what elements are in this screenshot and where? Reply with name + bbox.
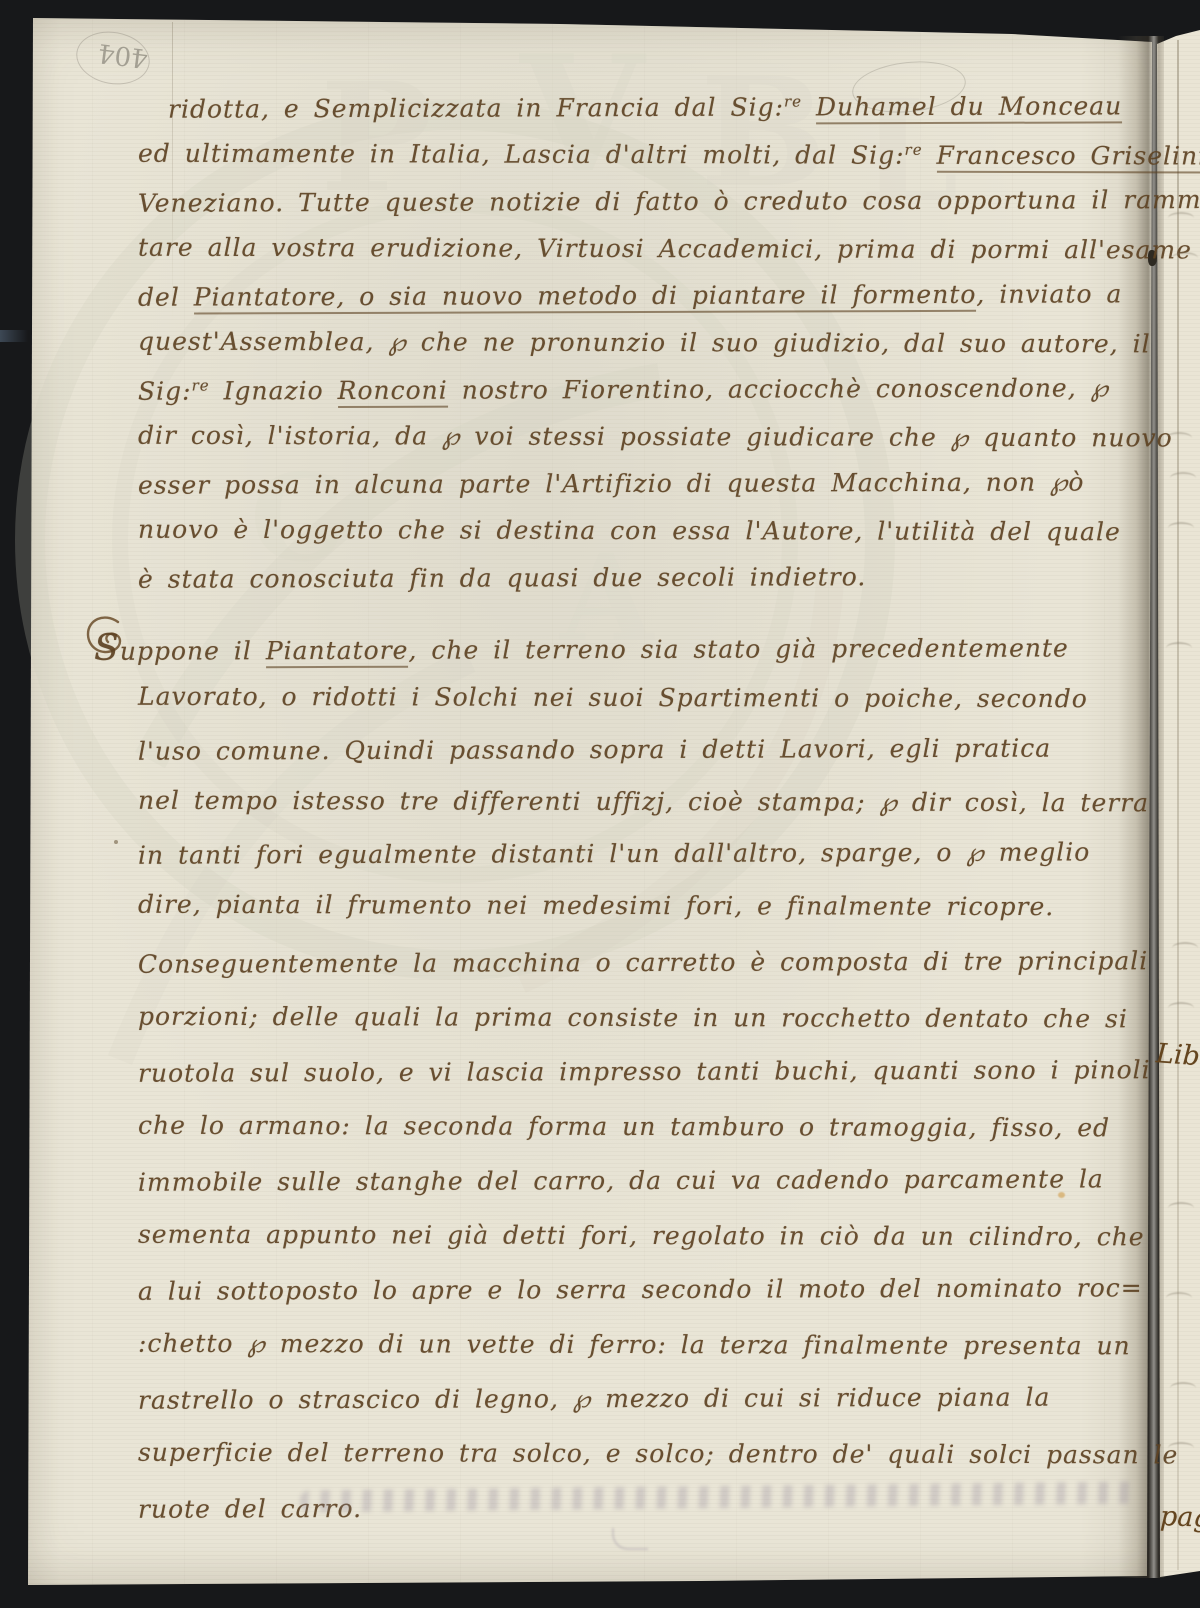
superscript-abbreviation: re — [192, 376, 210, 394]
superscript-abbreviation: re — [784, 92, 802, 110]
show-through-mark — [1166, 1292, 1192, 1304]
text-segment: porzioni; delle quali la prima consiste … — [138, 1001, 1128, 1033]
manuscript-line: Suppone il Piantatore, che il terreno si… — [94, 618, 1128, 674]
scanner-artifact — [0, 330, 28, 342]
text-segment: rastrello o strascico di legno, ℘ mezzo … — [138, 1383, 1050, 1415]
text-segment: superficie del terreno tra solco, e solc… — [138, 1437, 1178, 1469]
manuscript-line: porzioni; delle quali la prima consiste … — [138, 989, 1128, 1046]
manuscript-line: del Piantatore, o sia nuovo metodo di pi… — [138, 270, 1128, 320]
manuscript-line: Lavorato, o ridotti i Solchi nei suoi Sp… — [138, 671, 1128, 726]
manuscript-paragraph: Conseguentemente la macchina o carretto … — [138, 936, 1128, 1536]
text-segment: ruotola sul suolo, e vi lascia impresso … — [138, 1055, 1151, 1088]
show-through-mark — [1166, 642, 1192, 654]
text-segment: nuovo è l'oggetto che si destina con ess… — [138, 515, 1121, 547]
margin-note-pag: pag. — [1159, 1501, 1200, 1534]
text-segment: in tanti fori egualmente distanti l'un d… — [138, 837, 1090, 869]
text-segment: Suppone il — [94, 636, 266, 666]
text-segment: Lavorato, o ridotti i Solchi nei suoi Sp… — [138, 682, 1088, 713]
manuscript-line: esser possa in alcuna parte l'Artifizio … — [138, 458, 1128, 508]
manuscript-line: è stata conosciuta fin da quasi due seco… — [138, 552, 1128, 602]
underlined-text-segment: Francesco Griselini — [937, 141, 1200, 174]
manuscript-line: dir così, l'istoria, da ℘ voi stessi pos… — [138, 412, 1128, 462]
superscript-abbreviation: re — [905, 141, 923, 159]
text-segment: nostro Fiorentino, acciocchè conoscendon… — [448, 373, 1109, 404]
show-through-mark — [1168, 522, 1194, 534]
text-segment: del — [138, 283, 194, 312]
underlined-text-segment: Ronconi — [338, 376, 448, 408]
text-segment: ridotta, e Semplicizzata in Francia dal … — [168, 93, 784, 124]
underlined-text-segment: Duhamel du Monceau — [816, 91, 1122, 124]
manuscript-line: superficie del terreno tra solco, e solc… — [138, 1425, 1128, 1482]
text-segment: ed ultimamente in Italia, Lascia d'altri… — [138, 139, 905, 170]
show-through-mark — [1166, 432, 1192, 444]
text-segment: dir così, l'istoria, da ℘ voi stessi pos… — [138, 421, 1173, 453]
manuscript-line: rastrello o strascico di legno, ℘ mezzo … — [138, 1370, 1128, 1428]
manuscript-line: Veneziano. Tutte queste notizie di fatto… — [138, 176, 1128, 226]
manuscript-line: nel tempo istesso tre differenti uffizj,… — [138, 775, 1128, 830]
margin-note-lib: Lib. — [1155, 1038, 1200, 1073]
manuscript-line: ridotta, e Semplicizzata in Francia dal … — [168, 82, 1128, 132]
text-segment: l'uso comune. Quindi passando sopra i de… — [138, 734, 1051, 766]
text-segment: Sig: — [138, 377, 192, 406]
manuscript-paragraph: Suppone il Piantatore, che il terreno si… — [138, 620, 1128, 932]
manuscript-line: ed ultimamente in Italia, Lascia d'altri… — [138, 130, 1128, 180]
text-segment — [802, 92, 816, 121]
show-through-mark — [1172, 942, 1198, 954]
show-through-mark — [1168, 1202, 1194, 1214]
show-through-mark — [1170, 1382, 1196, 1394]
text-segment: a lui sottoposto lo apre e lo serra seco… — [138, 1273, 1143, 1306]
manuscript-line: a lui sottoposto lo apre e lo serra seco… — [138, 1261, 1128, 1319]
text-segment: è stata conosciuta fin da quasi due seco… — [138, 562, 866, 594]
manuscript-line: Conseguentemente la macchina o carretto … — [138, 934, 1128, 992]
show-through-mark — [1170, 472, 1196, 484]
manuscript-line: l'uso comune. Quindi passando sopra i de… — [138, 722, 1128, 777]
text-segment: , che il terreno sia stato già precedent… — [408, 633, 1069, 664]
text-segment: nel tempo istesso tre differenti uffizj,… — [138, 786, 1149, 818]
show-through-mark — [1168, 1002, 1194, 1014]
text-segment: :chetto ℘ mezzo di un vette di ferro: la… — [138, 1328, 1131, 1360]
manuscript-line: :chetto ℘ mezzo di un vette di ferro: la… — [138, 1316, 1128, 1373]
text-segment — [923, 141, 937, 170]
text-segment: esser possa in alcuna parte l'Artifizio … — [138, 467, 1085, 499]
facing-page-fold-line — [1177, 40, 1179, 1570]
verso-show-through-flourish — [612, 1528, 648, 1550]
text-segment: sementa appunto nei già detti fori, rego… — [138, 1219, 1145, 1251]
manuscript-line: che lo armano: la seconda forma un tambu… — [138, 1098, 1128, 1155]
text-segment: che lo armano: la seconda forma un tambu… — [138, 1110, 1110, 1142]
text-segment: quest'Assemblea, ℘ che ne pronunzio il s… — [138, 327, 1151, 359]
manuscript-line: in tanti fori egualmente distanti l'un d… — [138, 826, 1128, 881]
manuscript-line: quest'Assemblea, ℘ che ne pronunzio il s… — [138, 318, 1128, 368]
scan-background: P V B L C A 404 ridotta, e Semplicizzata… — [0, 0, 1200, 1608]
manuscript-line: nuovo è l'oggetto che si destina con ess… — [138, 506, 1128, 556]
show-through-mark — [1168, 212, 1194, 224]
manuscript-line: tare alla vostra erudizione, Virtuosi Ac… — [138, 224, 1128, 274]
show-through-mark — [1168, 1442, 1194, 1454]
text-segment: , inviato a — [976, 279, 1122, 309]
manuscript-line: ruotola sul suolo, e vi lascia impresso … — [138, 1043, 1128, 1101]
manuscript-line: immobile sulle stanghe del carro, da cui… — [138, 1152, 1128, 1210]
show-through-mark — [1172, 252, 1198, 264]
manuscript-line: dire, pianta il frumento nei medesimi fo… — [138, 879, 1128, 934]
text-segment: immobile sulle stanghe del carro, da cui… — [138, 1164, 1104, 1196]
paper-speck — [114, 840, 118, 844]
text-segment: tare alla vostra erudizione, Virtuosi Ac… — [138, 233, 1192, 265]
manuscript-paragraph: ridotta, e Semplicizzata in Francia dal … — [138, 84, 1128, 601]
underlined-text-segment: Piantatore — [266, 636, 409, 668]
manuscript-line: sementa appunto nei già detti fori, rego… — [138, 1207, 1128, 1264]
text-segment: dire, pianta il frumento nei medesimi fo… — [138, 890, 1054, 921]
text-segment: Veneziano. Tutte queste notizie di fatto… — [138, 185, 1200, 218]
underlined-text-segment: Piantatore, o sia nuovo metodo di pianta… — [194, 280, 977, 315]
text-segment: Ignazio — [210, 376, 338, 405]
text-segment: Conseguentemente la macchina o carretto … — [138, 946, 1148, 979]
manuscript-line: Sig:re Ignazio Ronconi nostro Fiorentino… — [138, 364, 1128, 414]
